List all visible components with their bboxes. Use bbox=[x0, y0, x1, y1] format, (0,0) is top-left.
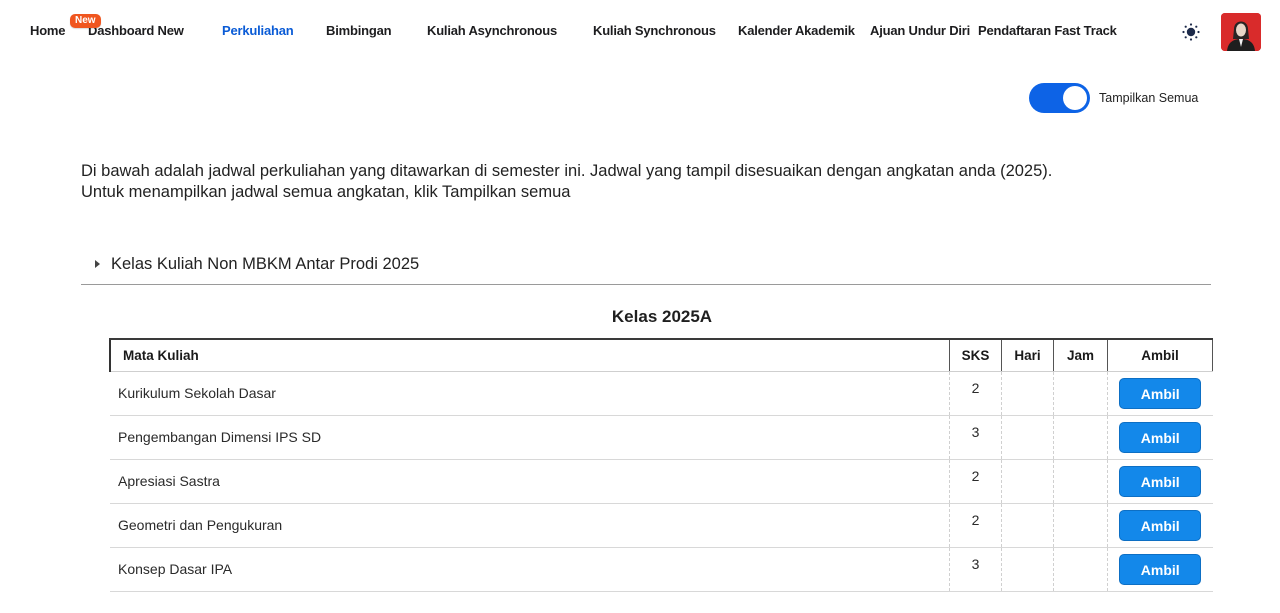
header-ambil: Ambil bbox=[1108, 339, 1213, 371]
sun-icon[interactable] bbox=[1181, 22, 1201, 42]
toggle-label: Tampilkan Semua bbox=[1099, 91, 1198, 105]
ambil-button[interactable]: Ambil bbox=[1119, 466, 1201, 497]
toggle-knob bbox=[1063, 86, 1087, 110]
header-sks: SKS bbox=[950, 339, 1002, 371]
class-title: Kelas 2025A bbox=[0, 307, 1280, 327]
course-name: Geometri dan Pengukuran bbox=[110, 503, 950, 547]
course-jam bbox=[1054, 503, 1108, 547]
top-navbar: Home Dashboard New New Perkuliahan Bimbi… bbox=[0, 0, 1280, 62]
nav-kalender-akademik[interactable]: Kalender Akademik bbox=[738, 23, 855, 38]
course-name: Kurikulum Sekolah Dasar bbox=[110, 371, 950, 415]
user-avatar[interactable] bbox=[1221, 13, 1261, 51]
nav-kuliah-synchronous[interactable]: Kuliah Synchronous bbox=[593, 23, 716, 38]
section-divider bbox=[81, 284, 1211, 285]
table-header-row: Mata Kuliah SKS Hari Jam Ambil bbox=[110, 339, 1213, 371]
course-action-cell: Ambil bbox=[1108, 503, 1213, 547]
table-row: Kurikulum Sekolah Dasar 2 Ambil bbox=[110, 371, 1213, 415]
show-all-toggle-group: Tampilkan Semua bbox=[1029, 83, 1198, 113]
section-toggle[interactable]: Kelas Kuliah Non MBKM Antar Prodi 2025 bbox=[81, 253, 1211, 275]
nav-bimbingan[interactable]: Bimbingan bbox=[326, 23, 391, 38]
course-hari bbox=[1002, 503, 1054, 547]
course-hari bbox=[1002, 459, 1054, 503]
new-badge: New bbox=[70, 14, 101, 28]
table-row: Apresiasi Sastra 2 Ambil bbox=[110, 459, 1213, 503]
nav-pendaftaran-fast-track[interactable]: Pendaftaran Fast Track bbox=[978, 23, 1117, 38]
nav-kuliah-asynchronous[interactable]: Kuliah Asynchronous bbox=[427, 23, 557, 38]
course-sks: 2 bbox=[950, 371, 1002, 415]
table-row: Konsep Dasar IPA 3 Ambil bbox=[110, 547, 1213, 591]
header-hari: Hari bbox=[1002, 339, 1054, 371]
course-sks: 3 bbox=[950, 547, 1002, 591]
ambil-button[interactable]: Ambil bbox=[1119, 510, 1201, 541]
section-non-mbkm: Kelas Kuliah Non MBKM Antar Prodi 2025 bbox=[81, 253, 1211, 285]
course-sks: 2 bbox=[950, 459, 1002, 503]
caret-right-icon bbox=[95, 260, 100, 268]
nav-ajuan-undur-diri[interactable]: Ajuan Undur Diri bbox=[870, 23, 970, 38]
nav-dashboard-new[interactable]: Dashboard New bbox=[88, 23, 184, 38]
section-title: Kelas Kuliah Non MBKM Antar Prodi 2025 bbox=[111, 255, 419, 274]
intro-line-1: Di bawah adalah jadwal perkuliahan yang … bbox=[81, 161, 1201, 182]
course-action-cell: Ambil bbox=[1108, 415, 1213, 459]
course-name: Pengembangan Dimensi IPS SD bbox=[110, 415, 950, 459]
course-hari bbox=[1002, 547, 1054, 591]
ambil-button[interactable]: Ambil bbox=[1119, 554, 1201, 585]
table-row: Geometri dan Pengukuran 2 Ambil bbox=[110, 503, 1213, 547]
show-all-toggle[interactable] bbox=[1029, 83, 1090, 113]
ambil-button[interactable]: Ambil bbox=[1119, 378, 1201, 409]
course-hari bbox=[1002, 371, 1054, 415]
course-hari bbox=[1002, 415, 1054, 459]
course-jam bbox=[1054, 547, 1108, 591]
header-mata-kuliah: Mata Kuliah bbox=[110, 339, 950, 371]
course-sks: 2 bbox=[950, 503, 1002, 547]
course-jam bbox=[1054, 371, 1108, 415]
course-jam bbox=[1054, 415, 1108, 459]
course-sks: 3 bbox=[950, 415, 1002, 459]
course-action-cell: Ambil bbox=[1108, 371, 1213, 415]
course-action-cell: Ambil bbox=[1108, 547, 1213, 591]
nav-home[interactable]: Home bbox=[30, 23, 65, 38]
course-name: Apresiasi Sastra bbox=[110, 459, 950, 503]
nav-perkuliahan[interactable]: Perkuliahan bbox=[222, 23, 294, 38]
course-table: Mata Kuliah SKS Hari Jam Ambil Kurikulum… bbox=[109, 338, 1213, 592]
course-action-cell: Ambil bbox=[1108, 459, 1213, 503]
header-jam: Jam bbox=[1054, 339, 1108, 371]
table-row: Pengembangan Dimensi IPS SD 3 Ambil bbox=[110, 415, 1213, 459]
ambil-button[interactable]: Ambil bbox=[1119, 422, 1201, 453]
intro-line-2: Untuk menampilkan jadwal semua angkatan,… bbox=[81, 182, 1201, 203]
intro-text: Di bawah adalah jadwal perkuliahan yang … bbox=[81, 161, 1201, 203]
course-name: Konsep Dasar IPA bbox=[110, 547, 950, 591]
course-jam bbox=[1054, 459, 1108, 503]
